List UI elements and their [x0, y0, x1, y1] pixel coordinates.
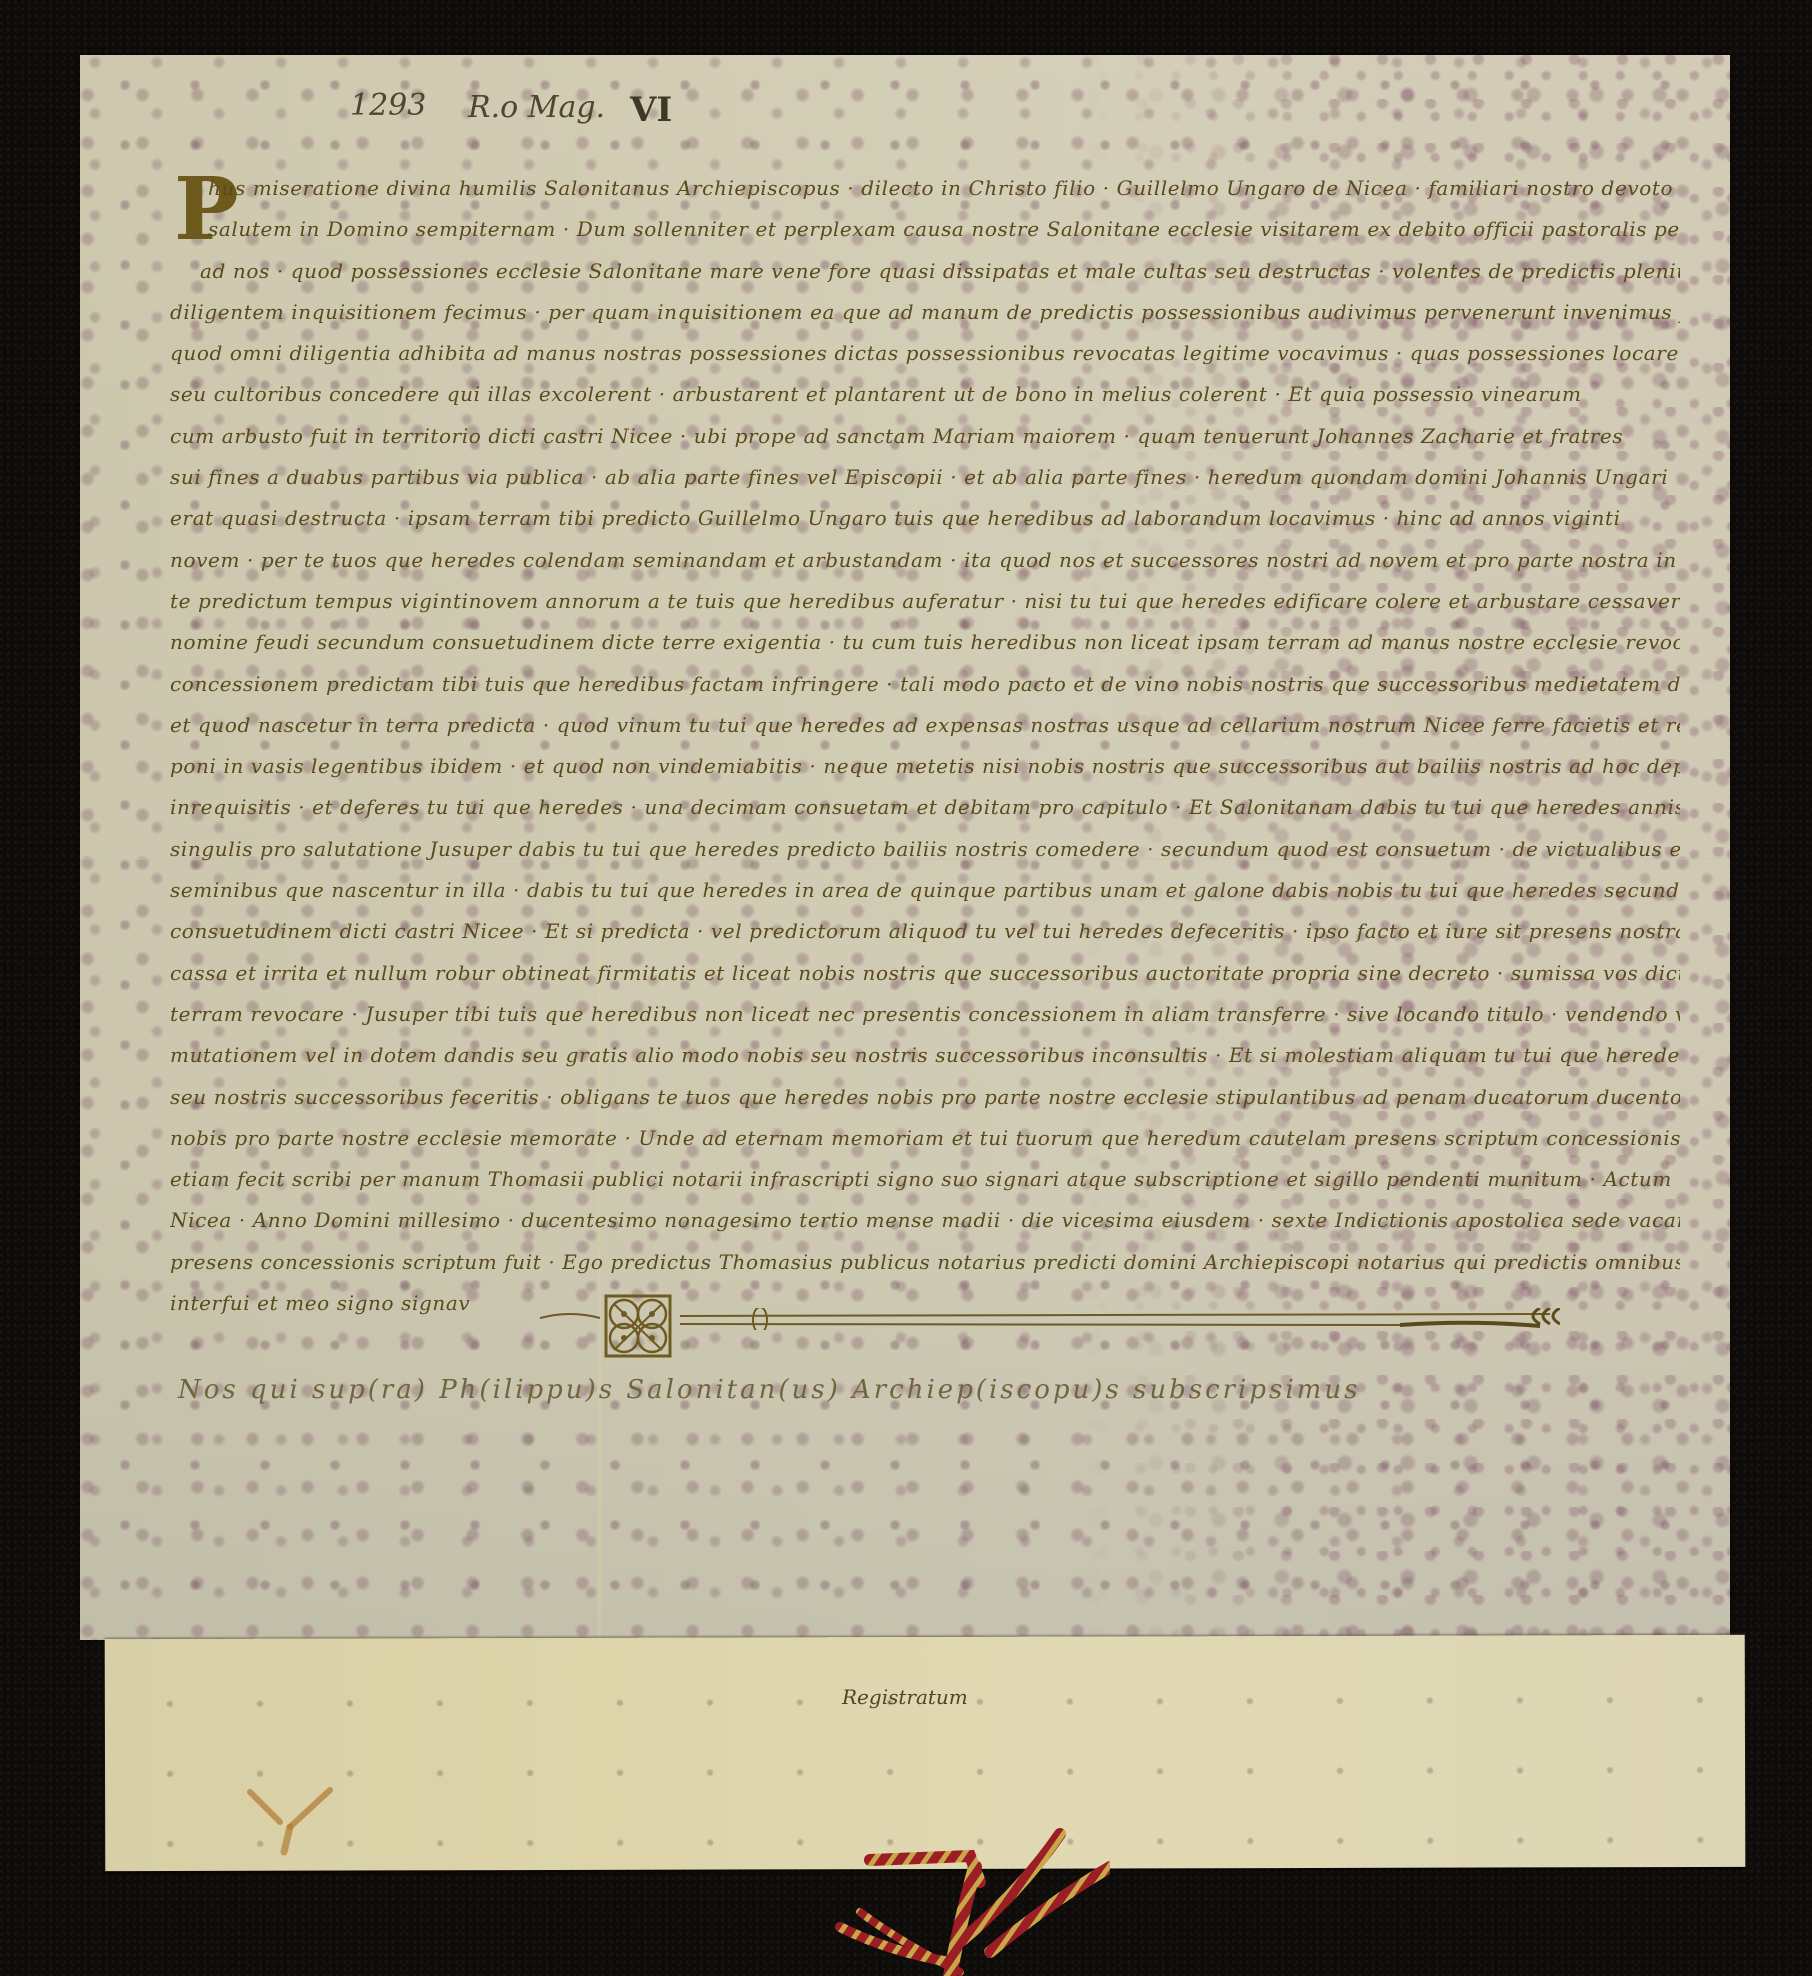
text-line: consuetudinem dicti castri Nicee · Et si… — [170, 911, 1680, 952]
text-line: seu nostris successoribus feceritis · ob… — [170, 1077, 1680, 1118]
text-line: ad nos · quod possessiones ecclesie Salo… — [170, 251, 1680, 292]
archbishop-subscription: Nos qui sup(ra) Ph(ilippu)s Salonitan(us… — [178, 1375, 1360, 1405]
text-line: te predictum tempus vigintinovem annorum… — [170, 581, 1680, 622]
archival-reference-note: R.o Mag. — [468, 90, 605, 125]
text-line: interfui et meo signo signavi — [170, 1283, 470, 1324]
text-line: novem · per te tuos que heredes colendam… — [170, 540, 1680, 581]
charter-text: hus miseratione divina humilis Salonitan… — [170, 168, 1680, 1324]
text-line: mutationem vel in dotem dandis seu grati… — [170, 1035, 1680, 1076]
text-line: seu cultoribus concedere qui illas excol… — [170, 374, 1680, 415]
archival-number-note: VI — [630, 90, 672, 130]
text-line: quod omni diligentia adhibita ad manus n… — [170, 333, 1680, 374]
text-line: cassa et irrita et nullum robur obtineat… — [170, 953, 1680, 994]
seal-cord-icon — [810, 1752, 1110, 1976]
text-line: nobis pro parte nostre ecclesie memorate… — [170, 1118, 1680, 1159]
text-line: erat quasi destructa · ipsam terram tibi… — [170, 498, 1680, 539]
text-line: cum arbusto fuit in territorio dicti cas… — [170, 416, 1680, 457]
text-line: seminibus que nascentur in illa · dabis … — [170, 870, 1680, 911]
text-line: inrequisitis · et deferes tu tui que her… — [170, 787, 1680, 828]
text-line: hus miseratione divina humilis Salonitan… — [170, 168, 1680, 209]
text-line: presens concessionis scriptum fuit · Ego… — [170, 1242, 1680, 1283]
text-line: diligentem inquisitionem fecimus · per q… — [170, 292, 1680, 333]
text-line: Nicea · Anno Domini millesimo · ducentes… — [170, 1200, 1680, 1241]
text-line: poni in vasis legentibus ibidem · et quo… — [170, 746, 1680, 787]
notary-flourish-line — [540, 1308, 1560, 1330]
text-line: et quod nascetur in terra predicta · quo… — [170, 705, 1680, 746]
text-line: singulis pro salutatione Jusuper dabis t… — [170, 829, 1680, 870]
text-line: nomine feudi secundum consuetudinem dict… — [170, 622, 1680, 663]
text-line: terram revocare · Jusuper tibi tuis que … — [170, 994, 1680, 1035]
plica-y-mark-icon — [240, 1782, 340, 1862]
archival-year-note: 1293 — [350, 88, 426, 123]
notary-signum-icon — [600, 1292, 676, 1360]
text-line: sui fines a duabus partibus via publica … — [170, 457, 1680, 498]
registration-note: Registratum — [842, 1685, 968, 1709]
text-line: concessionem predictam tibi tuis que her… — [170, 664, 1680, 705]
text-line: etiam fecit scribi per manum Thomasii pu… — [170, 1159, 1680, 1200]
text-line: salutem in Domino sempiternam · Dum soll… — [170, 209, 1680, 250]
